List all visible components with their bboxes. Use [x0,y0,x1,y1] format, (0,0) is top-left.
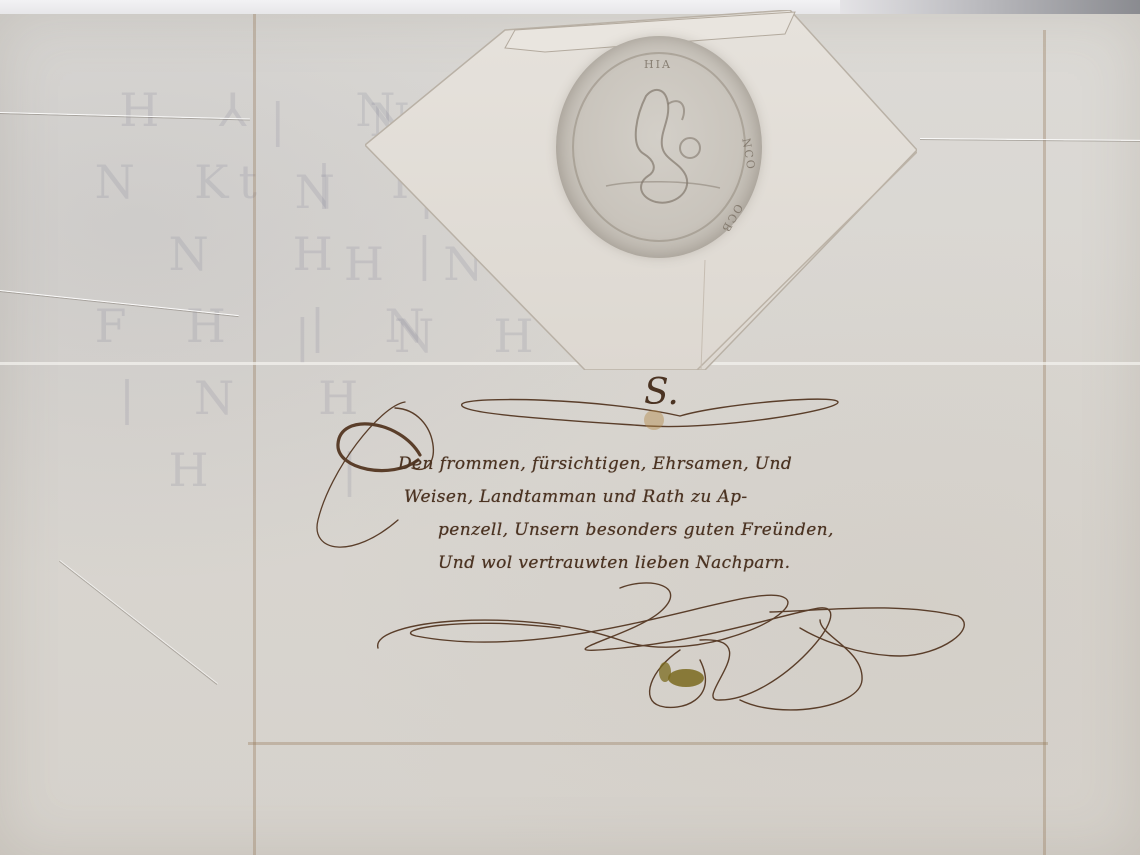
seal-legend: HIA [644,58,672,71]
heading-mark: S. [644,378,679,408]
wax-seal: HIA NCO OCB [556,36,762,258]
fold-line [248,742,1048,745]
address-line-2: Weisen, Landtamman und Rath zu Ap- [398,481,978,514]
fold-line [1043,30,1046,855]
bear-emblem-icon [596,76,726,226]
address-line-4: Und wol vertrauwten lieben Nachparn. [398,547,978,580]
fold-line [253,14,256,855]
letter-address: Den frommen, fürsichtigen, Ehrsamen, Und… [398,448,978,580]
address-line-1: Den frommen, fürsichtigen, Ehrsamen, Und [398,448,978,481]
address-line-3: penzell, Unsern besonders guten Freünden… [398,514,978,547]
